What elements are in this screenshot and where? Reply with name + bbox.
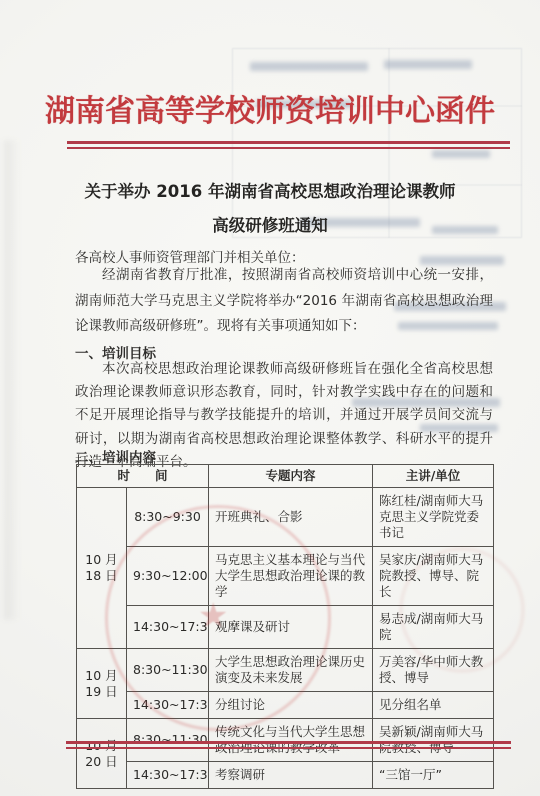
- time-cell: 14:30~17:30: [127, 692, 209, 719]
- bleedthrough-artifact: [432, 150, 490, 158]
- notice-title-line1: 关于举办 2016 年湖南省高校思想政治理论课教师: [20, 178, 520, 202]
- schedule-row: 10 月20 日8:30~11:30传统文化与当代大学生思想政治理论课的教学改革…: [77, 719, 494, 762]
- time-column-header: 时 间: [77, 465, 209, 488]
- date-month: 10 月: [83, 668, 120, 684]
- topic-cell: 观摩课及研讨: [209, 606, 373, 649]
- topic-cell: 传统文化与当代大学生思想政治理论课的教学改革: [209, 719, 373, 762]
- speaker-cell: “三馆一厅”: [373, 762, 494, 789]
- date-cell: 10 月19 日: [77, 649, 127, 719]
- time-cell: 8:30~11:30: [127, 719, 209, 762]
- schedule-row: 14:30~17:30观摩课及研讨易志成/湖南师大马院: [77, 606, 494, 649]
- speaker-cell: 见分组名单: [373, 692, 494, 719]
- topic-cell: 马克思主义基本理论与当代大学生思想政治理论课的教学: [209, 547, 373, 606]
- letterhead-double-rule: [67, 141, 510, 149]
- date-cell: 10 月20 日: [77, 719, 127, 789]
- schedule-row: 14:30~17:30分组讨论见分组名单: [77, 692, 494, 719]
- schedule-header-row: 时 间 专题内容 主讲/单位: [77, 465, 494, 488]
- time-cell: 14:30~17:30: [127, 762, 209, 789]
- date-day: 19 日: [83, 684, 120, 700]
- speaker-cell: 易志成/湖南师大马院: [373, 606, 494, 649]
- topic-cell: 大学生思想政治理论课历史演变及未来发展: [209, 649, 373, 692]
- schedule-row: 10 月19 日8:30~11:30大学生思想政治理论课历史演变及未来发展万美容…: [77, 649, 494, 692]
- intro-paragraph: 经湖南省教育厅批准，按照湖南省高校师资培训中心统一安排，湖南师范大学马克思主义学…: [75, 263, 493, 340]
- bleedthrough-artifact: [250, 62, 368, 71]
- notice-title-line2: 高级研修班通知: [20, 212, 520, 236]
- topic-column-header: 专题内容: [209, 465, 373, 488]
- speaker-column-header: 主讲/单位: [373, 465, 494, 488]
- time-cell: 14:30~17:30: [127, 606, 209, 649]
- speaker-cell: 万美容/华中师大教授、博导: [373, 649, 494, 692]
- time-cell: 9:30~12:00: [127, 547, 209, 606]
- scan-edge-shadow: [4, 140, 20, 620]
- bleedthrough-artifact: [384, 60, 472, 69]
- schedule-row: 10 月18 日8:30~9:30开班典礼、合影陈红桂/湖南师大马克思主义学院党…: [77, 488, 494, 547]
- date-cell: 10 月18 日: [77, 488, 127, 649]
- date-day: 18 日: [83, 568, 120, 584]
- time-cell: 8:30~9:30: [127, 488, 209, 547]
- topic-cell: 开班典礼、合影: [209, 488, 373, 547]
- date-month: 10 月: [83, 552, 120, 568]
- speaker-cell: 吴家庆/湖南师大马院教授、博导、院长: [373, 547, 494, 606]
- date-day: 20 日: [83, 754, 120, 770]
- speaker-cell: 陈红桂/湖南师大马克思主义学院党委书记: [373, 488, 494, 547]
- topic-cell: 考察调研: [209, 762, 373, 789]
- section2-heading: 二、培训内容: [75, 446, 156, 466]
- letterhead-title: 湖南省高等学校师资培训中心函件: [0, 86, 540, 130]
- schedule-row: 14:30~17:30考察调研“三馆一厅”: [77, 762, 494, 789]
- schedule-row: 9:30~12:00马克思主义基本理论与当代大学生思想政治理论课的教学吴家庆/湖…: [77, 547, 494, 606]
- speaker-cell: 吴新颖/湖南师大马院教授、博导: [373, 719, 494, 762]
- time-cell: 8:30~11:30: [127, 649, 209, 692]
- scanned-notice-page: 湖南省高等学校师资培训中心函件 关于举办 2016 年湖南省高校思想政治理论课教…: [0, 0, 540, 796]
- footer-double-rule: [66, 741, 511, 749]
- topic-cell: 分组讨论: [209, 692, 373, 719]
